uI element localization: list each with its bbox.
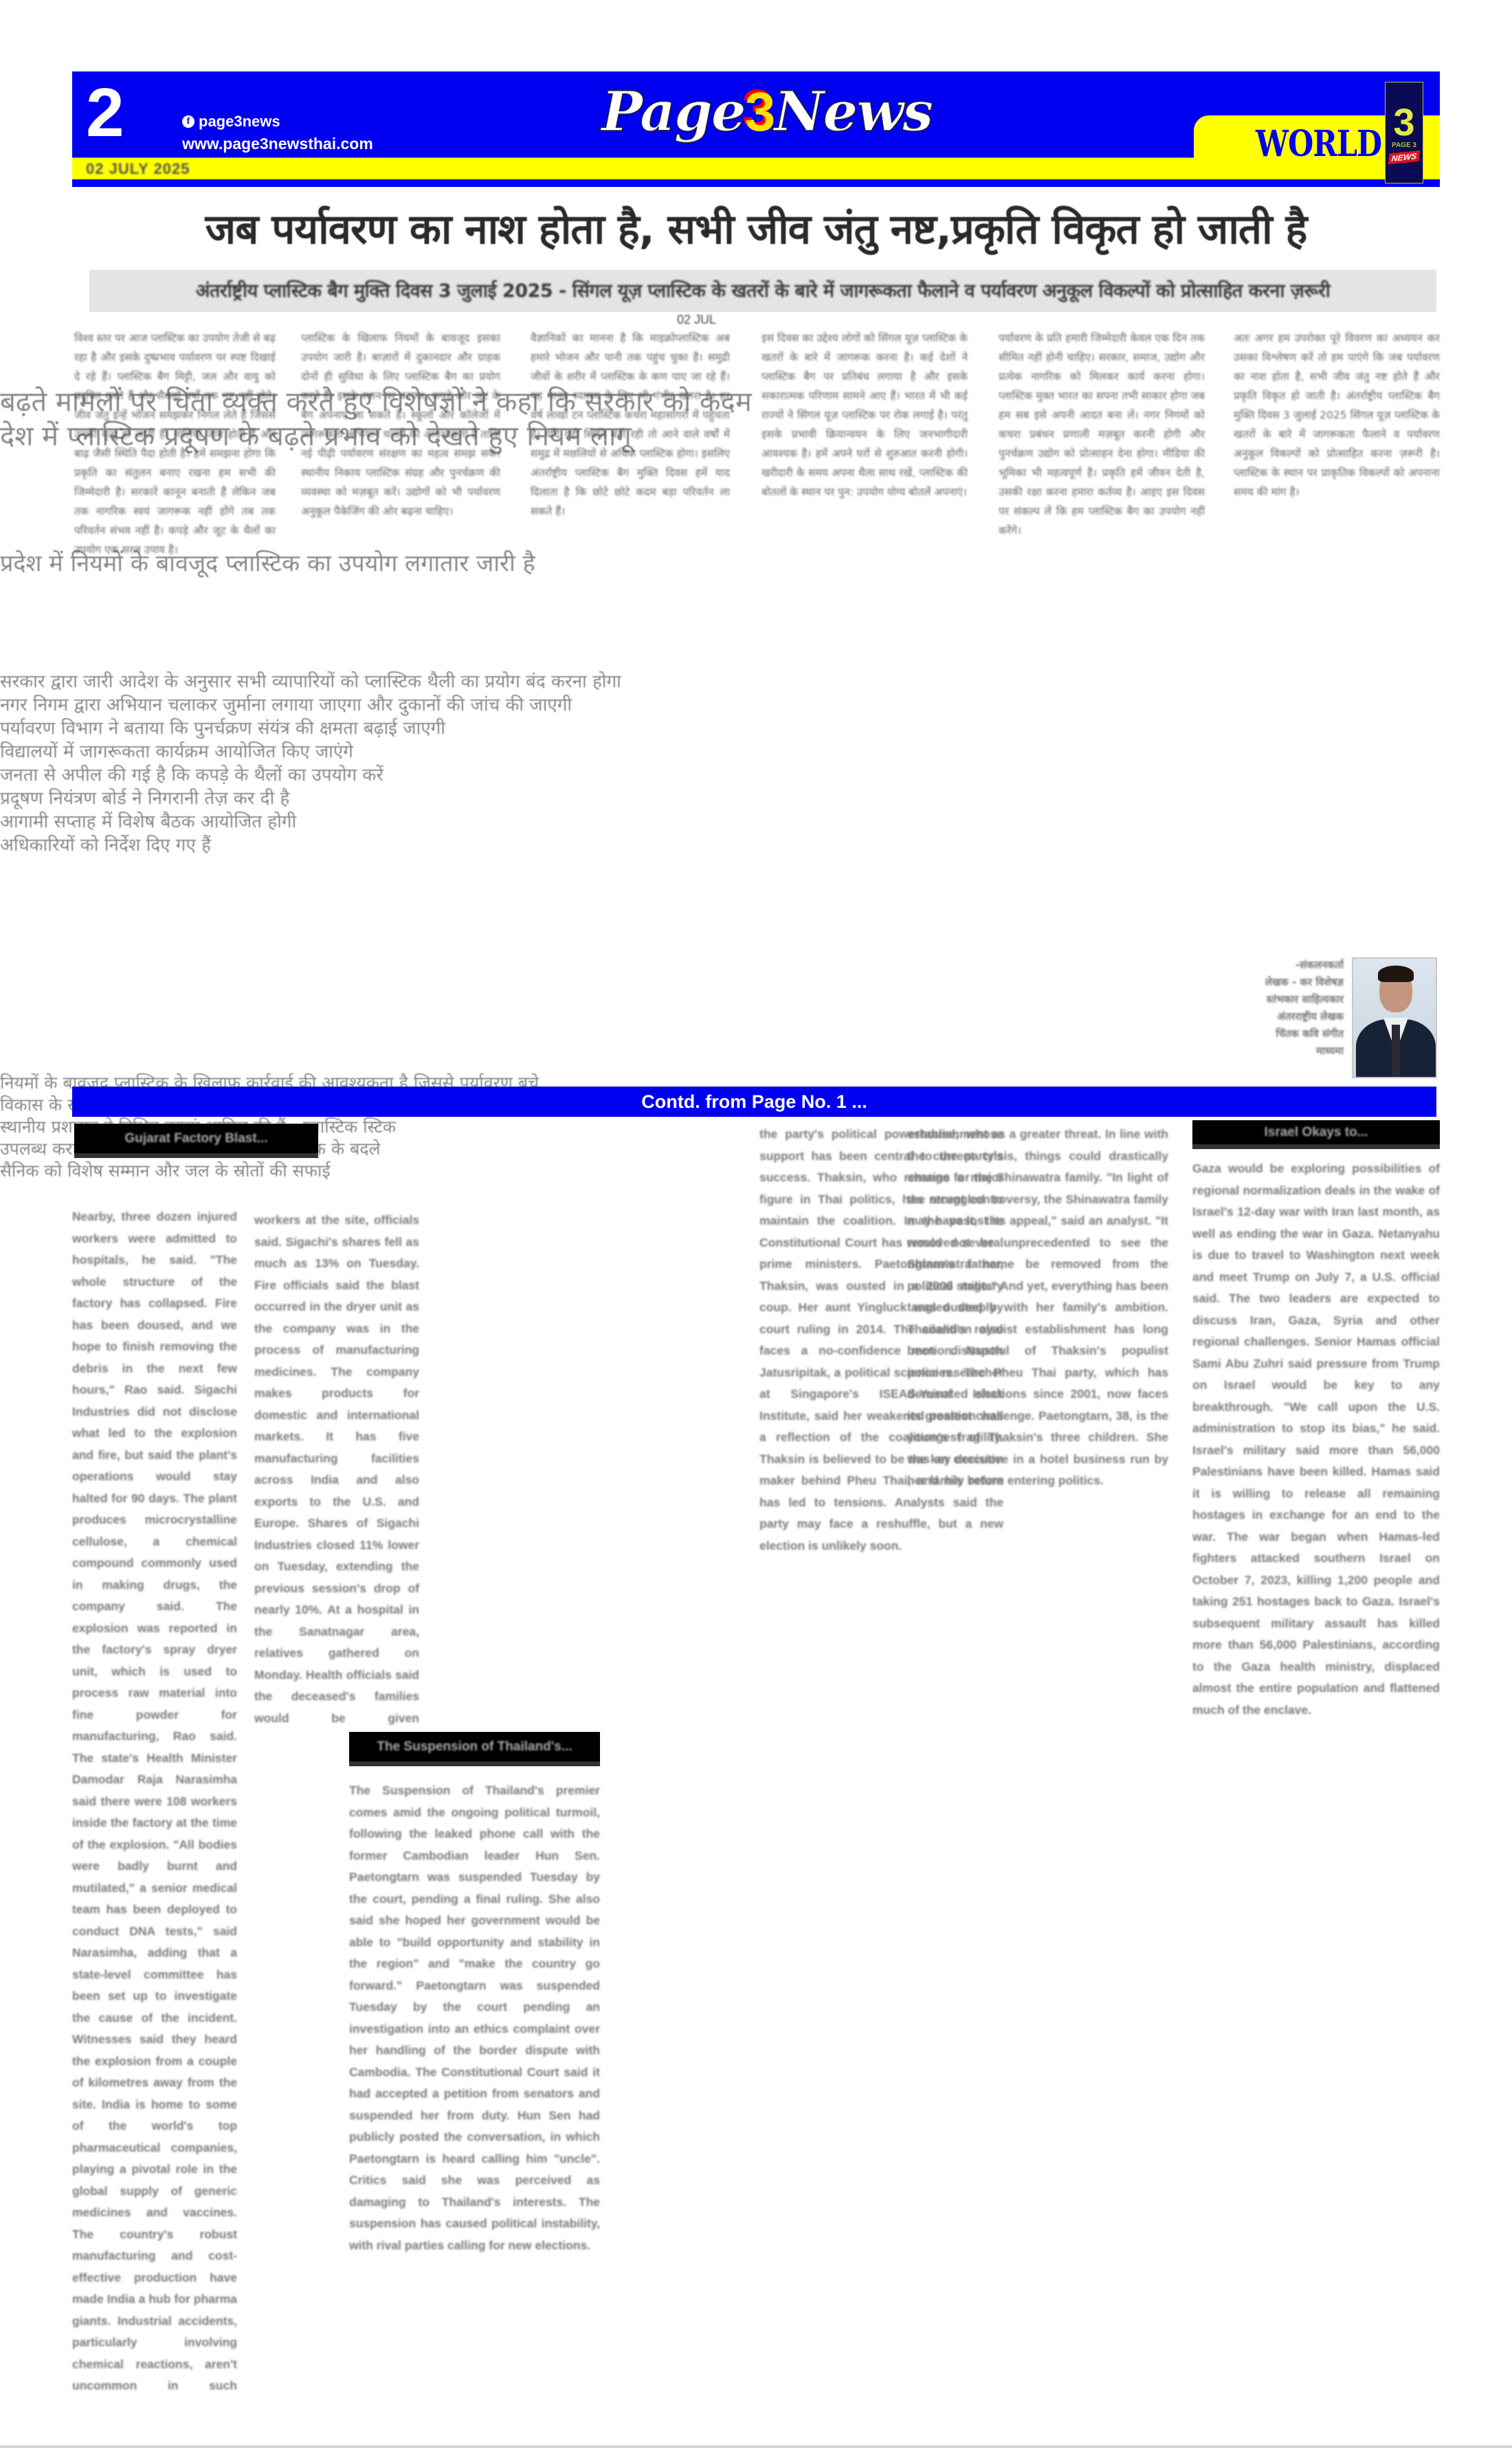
lead-column-2: प्लास्टिक के खिलाफ नियमों के बावजूद इसका… bbox=[301, 329, 500, 1082]
author-line: चिंतक कवि संगीत bbox=[1223, 1025, 1344, 1043]
facebook-label: page3news bbox=[199, 113, 280, 131]
newspaper-page: 2 f page3news www.page3newsthai.com 02 J… bbox=[0, 0, 1512, 2448]
lead-subheadline: अंतर्राष्ट्रीय प्लास्टिक बैग मुक्ति दिवस… bbox=[103, 277, 1423, 302]
author-line: अंतरराष्ट्रीय लेखक bbox=[1223, 1008, 1344, 1025]
section-label: WORLD bbox=[1256, 123, 1381, 165]
section-tag-thailand: The Suspension of Thailand's... bbox=[349, 1732, 600, 1766]
author-line: -संकलनकर्ता bbox=[1223, 957, 1344, 974]
author-credit: -संकलनकर्ता लेखक - कर विशेषज्ञ स्तंभकार … bbox=[1223, 957, 1344, 1060]
masthead-bottom-rule bbox=[72, 179, 1440, 187]
section-tag-israel: Israel Okays to... bbox=[1192, 1120, 1440, 1149]
badge-number: 3 bbox=[1393, 103, 1414, 142]
page-bottom-rule bbox=[0, 2445, 1512, 2448]
lead-headline: जब पर्यावरण का नाश होता है, सभी जीव जंतु… bbox=[89, 199, 1423, 256]
contd-column-1: Nearby, three dozen injured workers were… bbox=[72, 1206, 237, 2402]
facebook-handle[interactable]: f page3news bbox=[182, 113, 280, 131]
logo-news: News bbox=[774, 79, 932, 144]
author-line: स्तंभकार साहित्यकार bbox=[1223, 991, 1344, 1008]
author-line: लेखक - कर विशेषज्ञ bbox=[1223, 974, 1344, 991]
lead-column-5: पर्यावरण के प्रति हमारी जिम्मेदारी केवल … bbox=[999, 329, 1205, 1082]
masthead: 2 f page3news www.page3newsthai.com 02 J… bbox=[72, 71, 1440, 187]
lead-column-6: अतः अगर हम उपरोक्त पूरे विवरण का अध्ययन … bbox=[1234, 329, 1440, 947]
author-line: माध्यमा bbox=[1223, 1043, 1344, 1060]
website-link[interactable]: www.page3newsthai.com bbox=[182, 135, 373, 153]
author-photo bbox=[1352, 957, 1437, 1078]
issue-date: 02 JULY 2025 bbox=[86, 160, 190, 178]
contd-column-5: establishment as a greater threat. In li… bbox=[907, 1124, 1168, 2361]
page-number: 2 bbox=[86, 78, 124, 147]
lead-column-4: इस दिवस का उद्देश्य लोगों को सिंगल यूज़ … bbox=[761, 329, 968, 1082]
contd-column-6: Gaza would be exploring possibilities of… bbox=[1192, 1158, 1440, 2374]
badge-page3-text: PAGE 3 bbox=[1392, 142, 1416, 149]
dateline: 02 JUL bbox=[677, 313, 716, 327]
logo-page: Page bbox=[601, 79, 745, 144]
facebook-icon: f bbox=[182, 115, 194, 128]
contd-column-3: The Suspension of Thailand's premier com… bbox=[349, 1780, 600, 2405]
logo-three: 3 bbox=[745, 81, 775, 142]
page3-badge-logo: 3 PAGE 3 NEWS bbox=[1385, 82, 1423, 183]
continued-from-page-1-bar: Contd. from Page No. 1 ... bbox=[72, 1087, 1436, 1117]
section-tag-factory-blast: Gujarat Factory Blast... bbox=[74, 1124, 318, 1158]
lead-column-3: वैज्ञानिकों का मानना है कि माइक्रोप्लास्… bbox=[531, 329, 730, 1082]
contd-column-2: workers at the site, officials said. Sig… bbox=[254, 1210, 419, 1732]
newspaper-logo: Page3News bbox=[601, 84, 932, 140]
lead-column-1: विश्व स्तर पर आज प्लास्टिक का उपयोग तेजी… bbox=[74, 329, 276, 1082]
badge-news-text: NEWS bbox=[1388, 150, 1420, 164]
